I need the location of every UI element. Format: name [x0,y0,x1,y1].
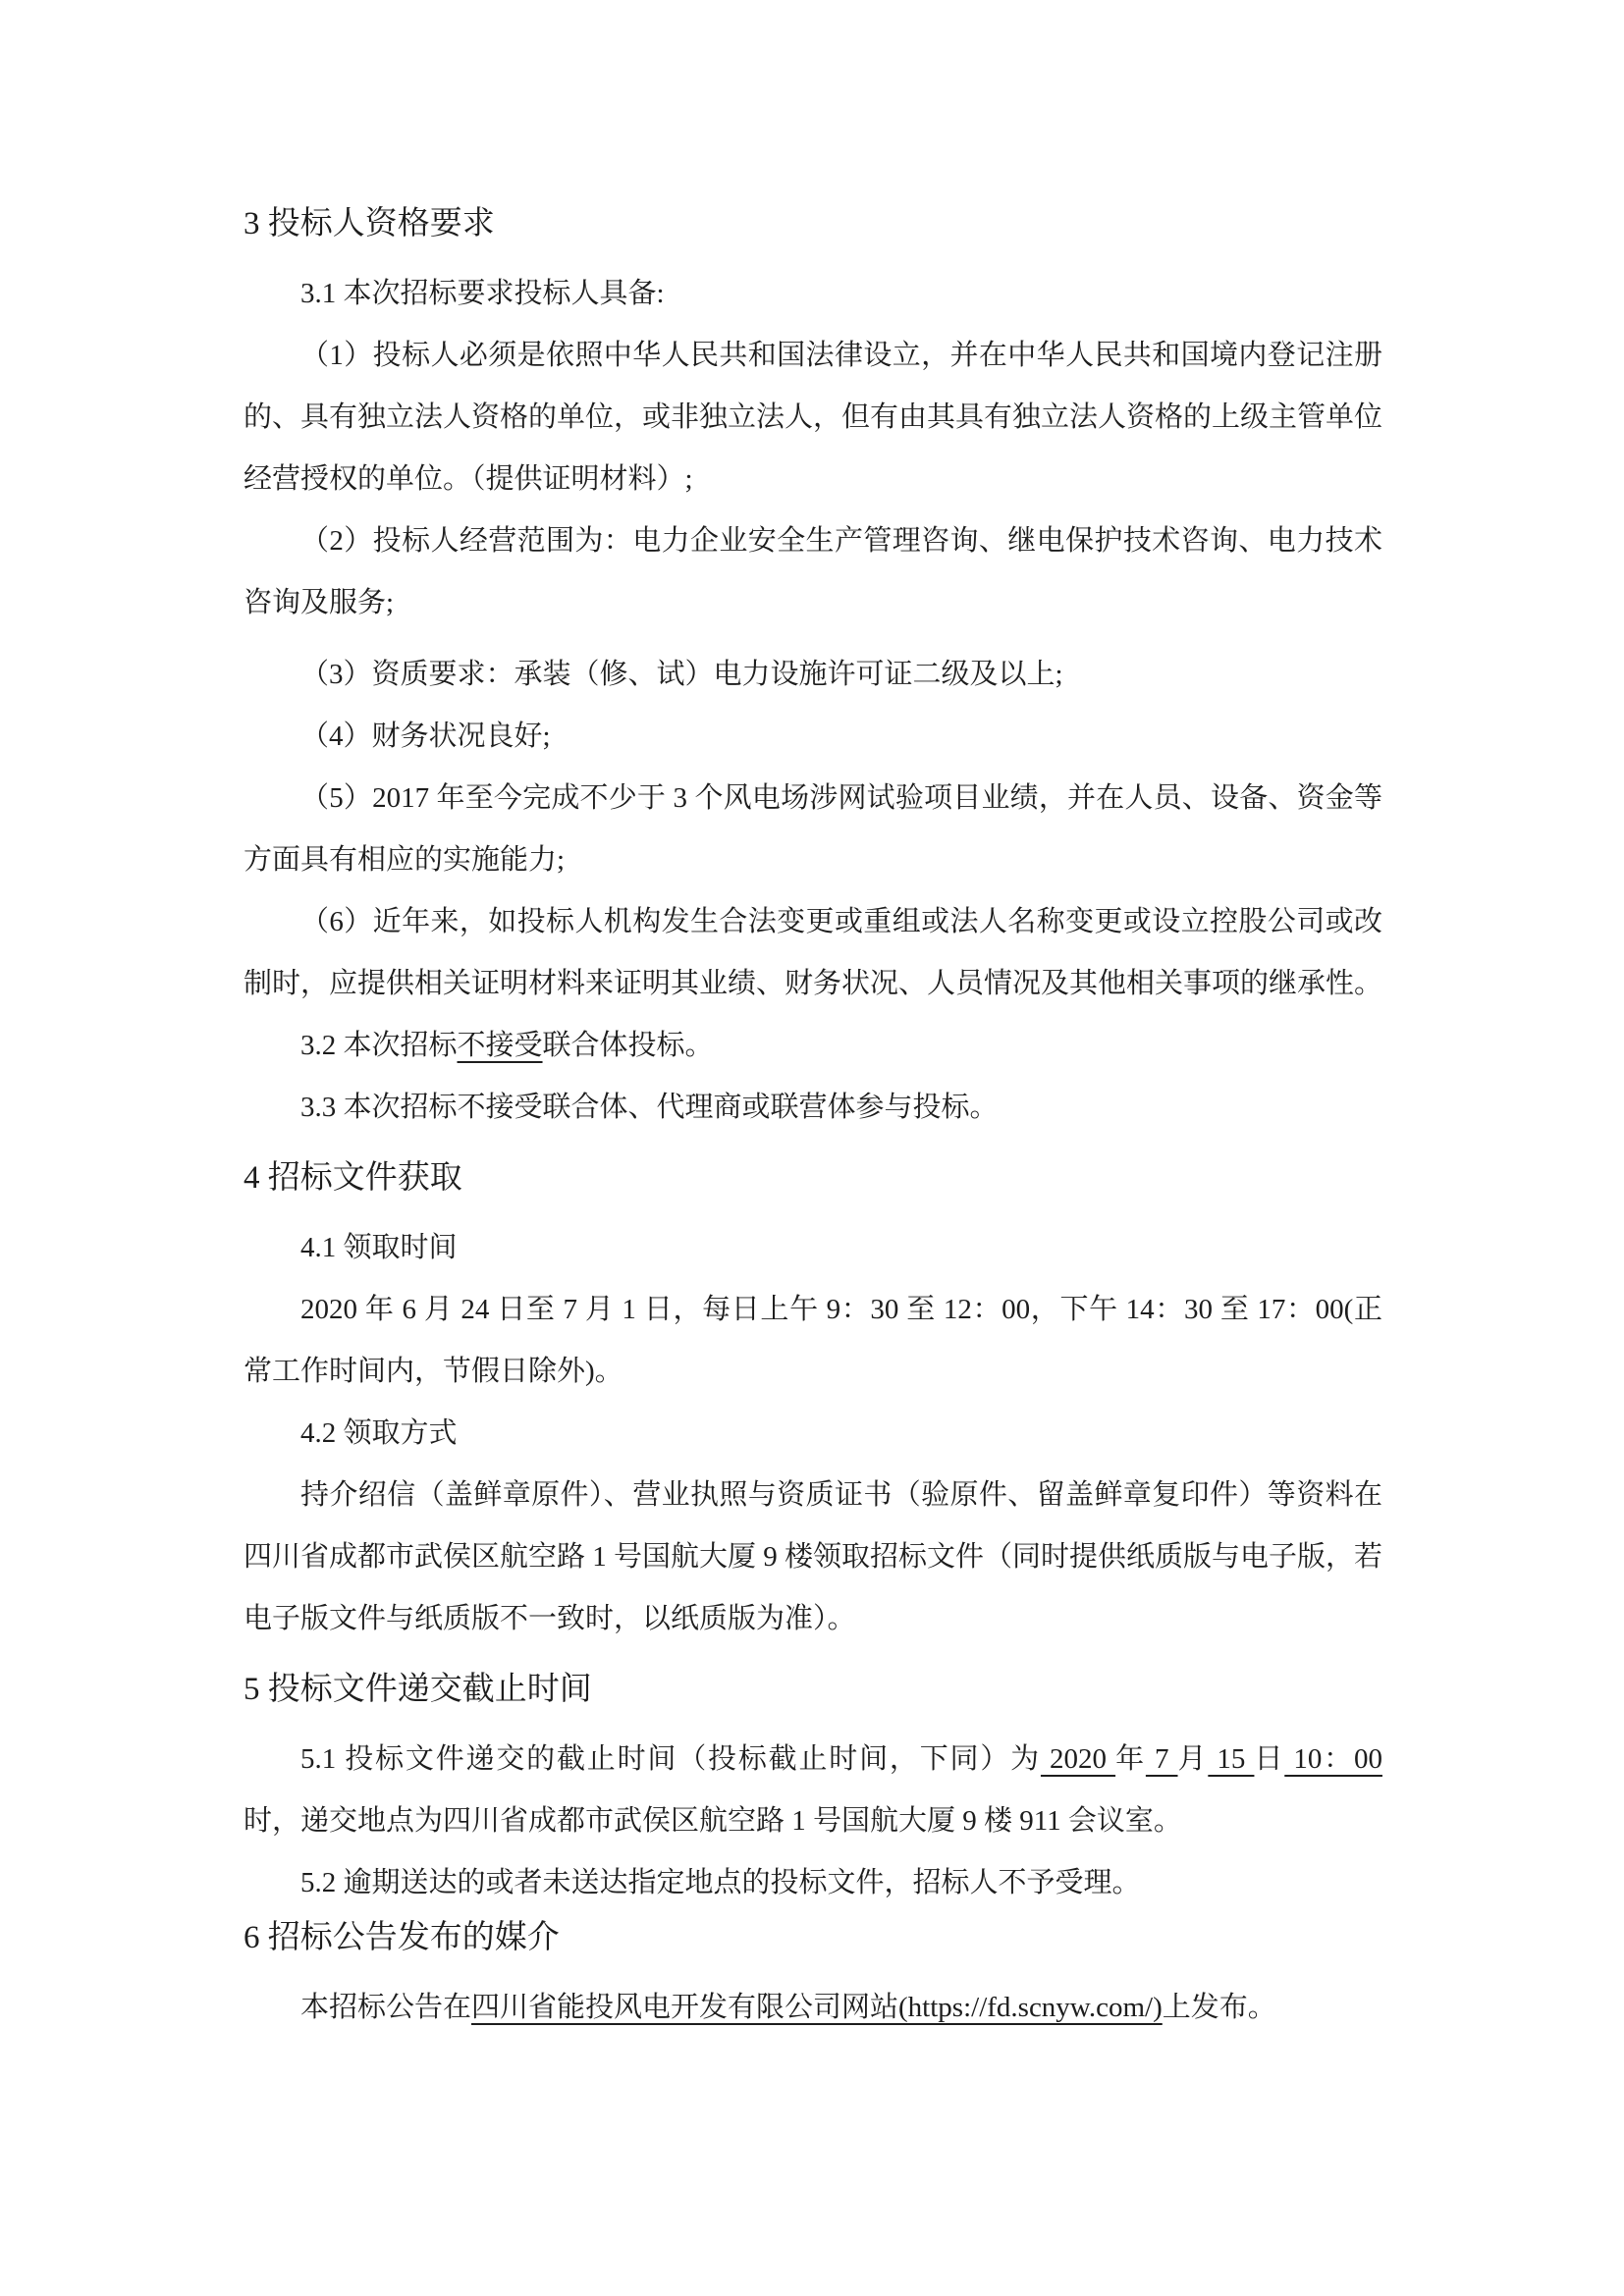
pickup-method-line-3: 电子版文件与纸质版不一致时，以纸质版为准）。 [244,1588,1382,1650]
item-6-line-2: 制时，应提供相关证明材料来证明其业绩、财务状况、人员情况及其他相关事项的继承性。 [244,953,1382,1015]
deadline-time-blank: 10：00 [1284,1743,1382,1775]
item-6-line-1: （6）近年来，如投标人机构发生合法变更或重组或法人名称变更或设立控股公司或改 [244,891,1382,953]
item-1-line-2: 的、具有独立法人资格的单位，或非独立法人，但有由其具有独立法人资格的上级主管单位 [244,387,1382,449]
pickup-method-line-1: 持介绍信（盖鲜章原件）、营业执照与资质证书（验原件、留盖鲜章复印件）等资料在 [244,1465,1382,1526]
paragraph-4-1: 4.1 领取时间 [244,1217,1382,1279]
item-5-line-1: （5）2017 年至今完成不少于 3 个风电场涉网试验项目业绩，并在人员、设备、… [244,768,1382,829]
deadline-year-label: 年 [1115,1743,1146,1775]
paragraph-6-1: 本招标公告在四川省能投风电开发有限公司网站(https://fd.scnyw.c… [244,1977,1382,2039]
item-3-line: （3）资质要求：承装（修、试）电力设施许可证二级及以上; [244,644,1382,706]
paragraph-3-2-prefix: 3.2 本次招标 [300,1030,458,1061]
paragraph-3-2-underlined-text: 不接受 [458,1030,543,1061]
deadline-prefix: 5.1 投标文件递交的截止时间（投标截止时间，下同）为 [300,1743,1041,1775]
section-4-heading: 4 招标文件获取 [244,1139,1382,1217]
paragraph-3-2: 3.2 本次招标不接受联合体投标。 [244,1015,1382,1077]
deadline-month-label: 月 [1178,1743,1209,1775]
pickup-method-line-2: 四川省成都市武侯区航空路 1 号国航大厦 9 楼领取招标文件（同时提供纸质版与电… [244,1526,1382,1588]
paragraph-5-1-line-2: 时，递交地点为四川省成都市武侯区航空路 1 号国航大厦 9 楼 911 会议室。 [244,1790,1382,1852]
announcement-prefix: 本招标公告在 [300,1992,471,2023]
item-2-line-2: 咨询及服务; [244,572,1382,634]
item-2-line-1: （2）投标人经营范围为：电力企业安全生产管理咨询、继电保护技术咨询、电力技术 [244,510,1382,572]
deadline-day-label: 日 [1254,1743,1284,1775]
pickup-time-line-2: 常工作时间内，节假日除外)。 [244,1341,1382,1403]
item-5-line-2: 方面具有相应的实施能力; [244,829,1382,891]
paragraph-3-3: 3.3 本次招标不接受联合体、代理商或联营体参与投标。 [244,1077,1382,1139]
document-page: 3 投标人资格要求 3.1 本次招标要求投标人具备: （1）投标人必须是依照中华… [0,0,1624,2296]
deadline-day-blank: 15 [1208,1743,1254,1775]
pickup-time-line-1: 2020 年 6 月 24 日至 7 月 1 日，每日上午 9：30 至 12：… [244,1279,1382,1341]
paragraph-3-1: 3.1 本次招标要求投标人具备: [244,263,1382,325]
item-4-line: （4）财务状况良好; [244,706,1382,768]
deadline-year-blank: 2020 [1041,1743,1115,1775]
announcement-suffix: 上发布。 [1163,1992,1276,2023]
deadline-month-blank: 7 [1146,1743,1178,1775]
paragraph-4-2: 4.2 领取方式 [244,1403,1382,1465]
document-content: 3 投标人资格要求 3.1 本次招标要求投标人具备: （1）投标人必须是依照中华… [244,185,1382,2039]
paragraph-3-2-suffix: 联合体投标。 [543,1030,714,1061]
announcement-website-link: 四川省能投风电开发有限公司网站(https://fd.scnyw.com/) [471,1992,1163,2023]
section-5-heading: 5 投标文件递交截止时间 [244,1650,1382,1729]
section-3-heading: 3 投标人资格要求 [244,185,1382,263]
item-1-line-1: （1）投标人必须是依照中华人民共和国法律设立，并在中华人民共和国境内登记注册 [244,325,1382,387]
paragraph-5-1-line-1: 5.1 投标文件递交的截止时间（投标截止时间，下同）为 2020 年 7 月 1… [244,1729,1382,1790]
item-1-line-3: 经营授权的单位。（提供证明材料）; [244,449,1382,510]
